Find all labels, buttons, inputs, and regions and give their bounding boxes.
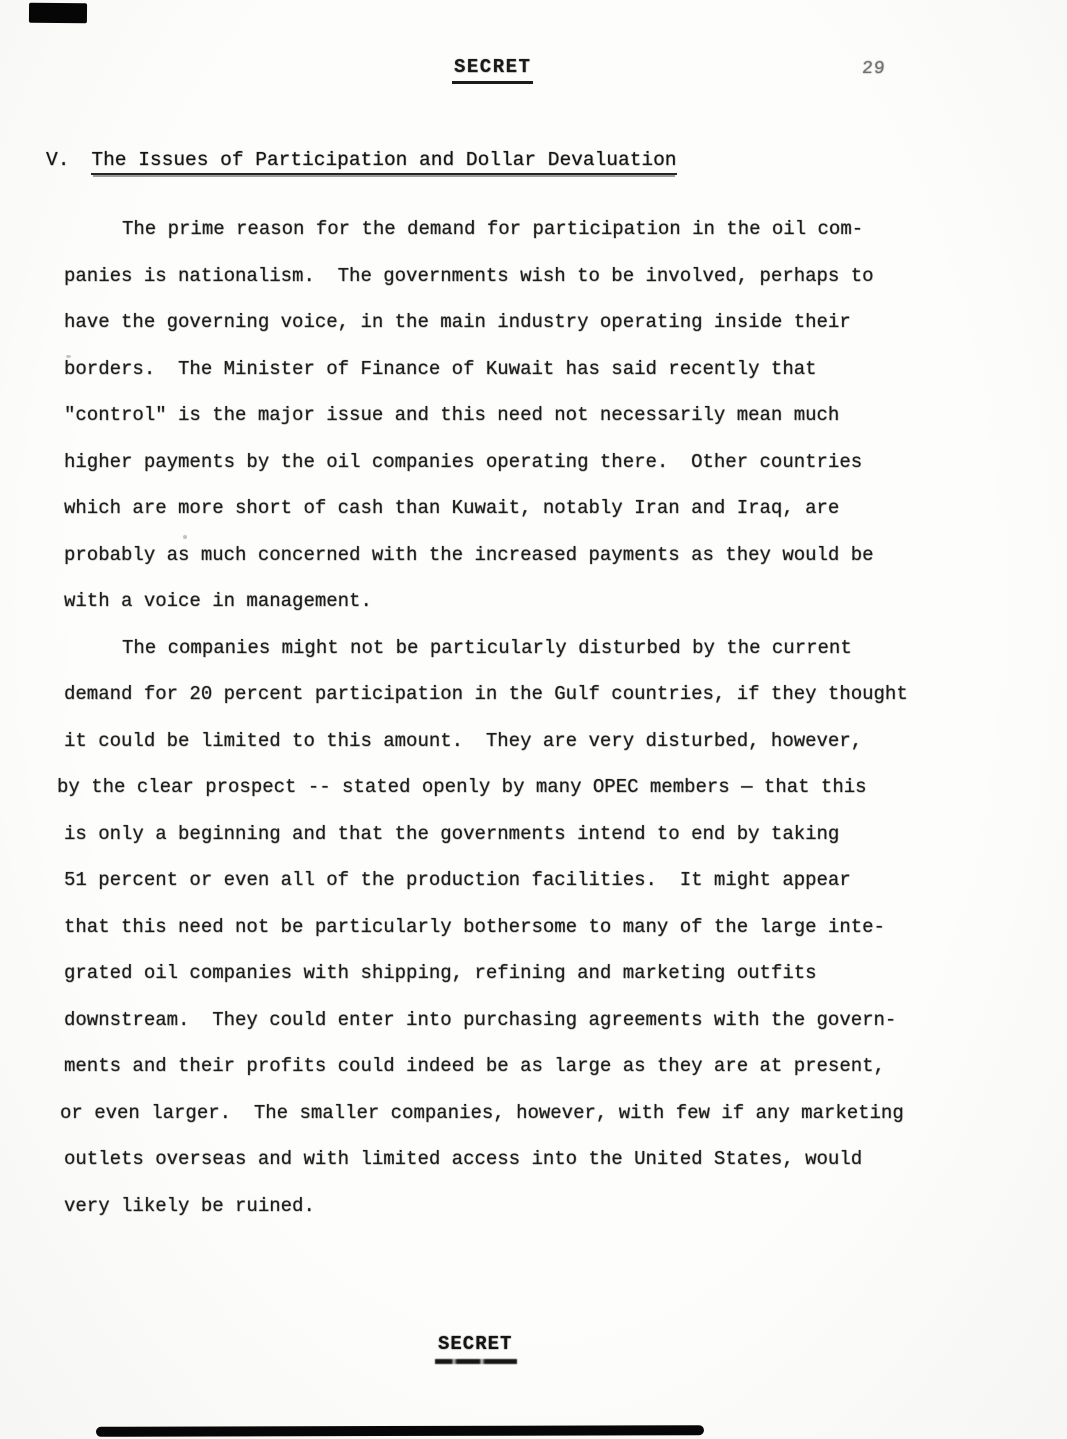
paragraph2-line: or even larger. The smaller companies, h… [60,1090,1004,1137]
paragraph1-line: The prime reason for the demand for part… [64,206,1004,253]
paragraph1-line: with a voice in management. [64,578,1004,625]
paragraph2-line: 51 percent or even all of the production… [64,857,1004,904]
scan-speck [66,355,71,358]
paragraph2-line: outlets overseas and with limited access… [64,1136,1004,1183]
document-body: The prime reason for the demand for part… [64,206,1004,1229]
paragraph2-line: demand for 20 percent participation in t… [64,671,1004,718]
paragraph2-line: downstream. They could enter into purcha… [64,997,1004,1044]
paragraph1-line: higher payments by the oil companies ope… [64,439,1004,486]
paragraph1-line: borders. The Minister of Finance of Kuwa… [64,346,1004,393]
paragraph2-line: ments and their profits could indeed be … [64,1043,1004,1090]
paragraph1-line: which are more short of cash than Kuwait… [64,485,1004,532]
paragraph1-line: "control" is the major issue and this ne… [64,392,1004,439]
section-heading: V. The Issues of Participation and Dolla… [46,149,677,175]
section-title: The Issues of Participation and Dollar D… [91,149,676,175]
paragraph2-line: is only a beginning and that the governm… [64,811,1004,858]
classification-footer: SECRET [438,1333,512,1355]
paragraph2-line: The companies might not be particularly … [64,625,1004,672]
paragraph2-line: that this need not be particularly bothe… [64,904,1004,951]
paragraph2-line: it could be limited to this amount. They… [64,718,1004,765]
paragraph1-line: have the governing voice, in the main in… [64,299,1004,346]
paragraph2-line: grated oil companies with shipping, refi… [64,950,1004,997]
paragraph2-line: by the clear prospect -- stated openly b… [57,764,1004,811]
classification-header: SECRET [452,56,533,84]
scan-artifact-bottom-bar [96,1425,704,1437]
paragraph1-line: probably as much concerned with the incr… [64,532,1004,579]
document-page: SECRET 29 V. The Issues of Participation… [0,0,1067,1439]
paragraph2-line: very likely be ruined. [64,1183,1004,1230]
paragraph1-line: panies is nationalism. The governments w… [64,253,1004,300]
scan-artifact-top-left [29,3,87,23]
page-number: 29 [861,59,886,79]
section-numeral: V. [46,149,69,175]
scan-speck [183,535,187,539]
